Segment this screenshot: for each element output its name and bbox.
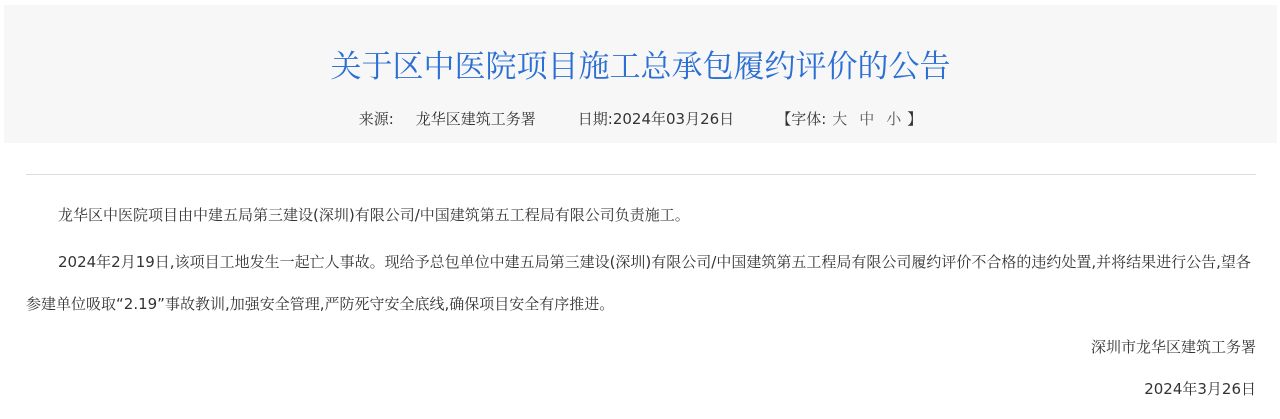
font-size-small-button[interactable]: 小 <box>886 110 901 128</box>
font-size-close-bracket: 】 <box>907 110 922 128</box>
source-value: 龙华区建筑工务署 <box>416 110 536 128</box>
signature-date: 2024年3月26日 <box>26 369 1256 409</box>
article-meta: 来源:龙华区建筑工务署日期:2024年03月26日【字体:大中小】 <box>4 108 1277 130</box>
source-label: 来源: <box>359 110 394 128</box>
date-label: 日期: <box>578 110 613 128</box>
date-value: 2024年03月26日 <box>613 110 734 128</box>
article-header: 关于区中医院项目施工总承包履约评价的公告 来源:龙华区建筑工务署日期:2024年… <box>4 5 1277 143</box>
font-size-label: 【字体: <box>776 110 826 128</box>
page-title: 关于区中医院项目施工总承包履约评价的公告 <box>4 45 1277 89</box>
article-page: 关于区中医院项目施工总承包履约评价的公告 来源:龙华区建筑工务署日期:2024年… <box>0 0 1280 419</box>
signature-org: 深圳市龙华区建筑工务署 <box>26 325 1256 369</box>
paragraph: 2024年2月19日,该项目工地发生一起亡人事故。现给予总包单位中建五局第三建设… <box>26 241 1256 325</box>
paragraph: 龙华区中医院项目由中建五局第三建设(深圳)有限公司/中国建筑第五工程局有限公司负… <box>26 195 1256 235</box>
article-body: 龙华区中医院项目由中建五局第三建设(深圳)有限公司/中国建筑第五工程局有限公司负… <box>26 195 1256 409</box>
font-size-large-button[interactable]: 大 <box>832 110 847 128</box>
divider <box>26 174 1256 175</box>
font-size-medium-button[interactable]: 中 <box>859 110 874 128</box>
